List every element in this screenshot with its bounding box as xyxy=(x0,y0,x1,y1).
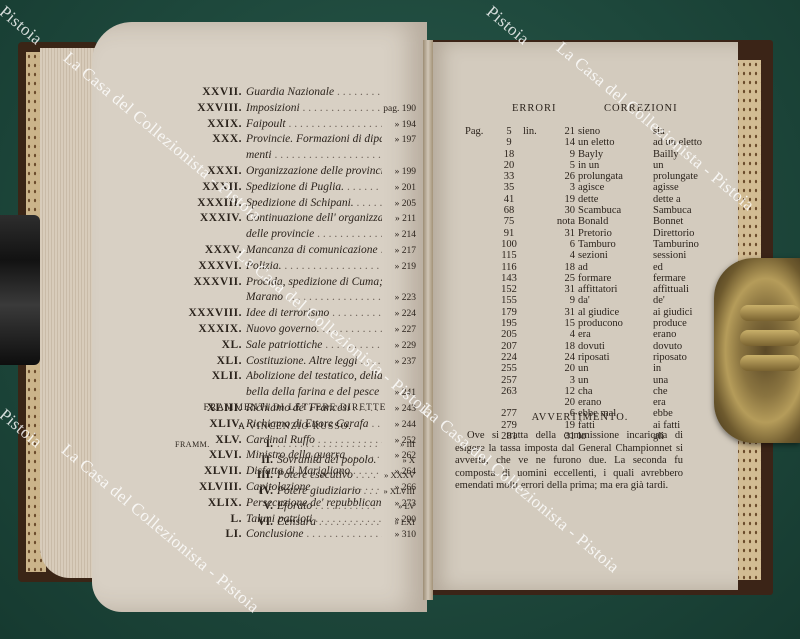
errata-correction: sessioni xyxy=(653,250,753,261)
errata-error-cell: notaBonald xyxy=(553,216,653,227)
errata-row: 9131PretorioDirettorio xyxy=(465,228,753,239)
fragments-heading: FRAMMENTI DI LETTERE DIRETTE xyxy=(170,403,420,413)
errata-line: 9 xyxy=(553,295,578,306)
chapter-page: » 214 xyxy=(382,230,416,240)
fragment-title: Potere esecutivo xyxy=(277,469,379,481)
page-block-edge xyxy=(40,48,100,578)
errata-page: 255 xyxy=(495,363,523,374)
errata-correction: produce xyxy=(653,318,753,329)
errata-prefix xyxy=(465,171,495,182)
errata-page: 263 xyxy=(495,386,523,397)
errata-row: 17931al giudiceai giudici xyxy=(465,307,753,318)
fragment-entry: V.Eforato» LV xyxy=(175,500,415,516)
errata-error-cell: 4sezioni xyxy=(553,250,653,261)
errata-line: 30 xyxy=(553,205,578,216)
errata-error-cell: 15producono xyxy=(553,318,653,329)
chapter-page: » 227 xyxy=(382,325,416,335)
chapter-title: Continuazione dell' organizzazione xyxy=(246,212,382,224)
errata-error-cell: 5in un xyxy=(553,160,653,171)
errata-prefix xyxy=(465,194,495,205)
errata-page: 91 xyxy=(495,228,523,239)
errata-prefix: Pag. xyxy=(465,126,495,137)
errata-lin-label xyxy=(523,352,553,363)
errata-page: 155 xyxy=(495,295,523,306)
errata-error-cell: 3agisce xyxy=(553,182,653,193)
errata-error-cell: 12cha xyxy=(553,386,653,397)
chapter-title: Mancanza di comunicazione xyxy=(246,244,382,256)
errata-row: 11618aded xyxy=(465,262,753,273)
toc-entry: XXVIII.Imposizionipag. 190 xyxy=(150,102,416,118)
errata-error: producono xyxy=(578,318,623,329)
errata-lin-label xyxy=(523,363,553,374)
errata-error: dovuti xyxy=(578,341,605,352)
errata-lin-label xyxy=(523,397,553,408)
errata-page: 35 xyxy=(495,182,523,193)
toc-entry: delle provincie» 214 xyxy=(150,228,416,244)
errata-error-cell: 3un xyxy=(553,375,653,386)
errata-line: 31 xyxy=(553,307,578,318)
errata-error: un eletto xyxy=(578,137,614,148)
errata-lin-label xyxy=(523,205,553,216)
chapter-page: » 217 xyxy=(382,246,416,256)
errata-error-cell: 6Tamburo xyxy=(553,239,653,250)
errata-lin-label xyxy=(523,137,553,148)
errata-error-cell: 20erano xyxy=(553,397,653,408)
chapter-title: Spedizione di Puglia. xyxy=(246,181,382,193)
errata-page: 224 xyxy=(495,352,523,363)
errata-error-cell: 24riposati xyxy=(553,352,653,363)
errata-lin-label xyxy=(523,194,553,205)
chapter-page: » 194 xyxy=(382,120,416,130)
fragment-page: » X xyxy=(379,455,415,465)
errata-lin-label xyxy=(523,307,553,318)
errata-error: Bonald xyxy=(578,216,608,227)
fragment-entry: II.Sovranità del popolo.» X xyxy=(175,454,415,470)
fragments-list: FRAMM.I.» IIIII.Sovranità del popolo.» X… xyxy=(175,438,415,531)
errata-line: 24 xyxy=(553,352,578,363)
errata-error: erano xyxy=(578,397,601,408)
errata-error-cell: 18ad xyxy=(553,262,653,273)
errata-correction: de' xyxy=(653,295,753,306)
errata-correction: che xyxy=(653,386,753,397)
errata-prefix xyxy=(465,160,495,171)
errata-error: un xyxy=(578,375,589,386)
errata-error: dette xyxy=(578,194,598,205)
toc-entry: XXXVIII.Idee di terrorismo» 224 xyxy=(150,307,416,323)
errata-error-cell: 19dette xyxy=(553,194,653,205)
book-gutter xyxy=(423,40,433,600)
errata-error: sezioni xyxy=(578,250,608,261)
toc-entry: XL.Sale patriottiche» 229 xyxy=(150,339,416,355)
errata-line: 31 xyxy=(553,284,578,295)
errata-row: 15231affittatoriaffittuali xyxy=(465,284,753,295)
errata-page: 143 xyxy=(495,273,523,284)
errata-lin-label xyxy=(523,171,553,182)
errata-row: 2054eraerano xyxy=(465,329,753,340)
errata-error-cell: 26prolungata xyxy=(553,171,653,182)
errata-row: Pag.5lin.21sienosia xyxy=(465,126,753,137)
errata-line: 9 xyxy=(553,149,578,160)
chapter-title: Spedizione di Schipani. xyxy=(246,197,382,209)
errata-page: 5 xyxy=(495,126,523,137)
errata-prefix xyxy=(465,375,495,386)
chapter-number: XLI. xyxy=(150,355,246,367)
errata-error: affittatori xyxy=(578,284,617,295)
errata-correction: Tamburino xyxy=(653,239,753,250)
fragment-page: » LXI xyxy=(379,517,415,527)
fragment-title: Potere giudiziario xyxy=(277,485,379,497)
errata-error: ad xyxy=(578,262,588,273)
chapter-title: menti xyxy=(246,149,382,161)
errata-row: 6830ScambucaSambuca xyxy=(465,205,753,216)
fragment-number: III. xyxy=(213,469,277,481)
errata-line: 20 xyxy=(553,363,578,374)
errata-correction: fermare xyxy=(653,273,753,284)
errata-error: prolungata xyxy=(578,171,623,182)
chapter-page: » 310 xyxy=(382,530,416,540)
errata-line: 25 xyxy=(553,273,578,284)
errata-page: 75 xyxy=(495,216,523,227)
errata-line: 4 xyxy=(553,250,578,261)
fragment-page: » LV xyxy=(379,501,415,511)
errata-page xyxy=(495,397,523,408)
errata-prefix xyxy=(465,228,495,239)
fragments-subheading: A VINCENZIO RUSSO. xyxy=(170,422,420,432)
toc-entry: XXXII.Spedizione di Puglia.» 201 xyxy=(150,181,416,197)
chapter-title: Guardia Nazionale xyxy=(246,86,382,98)
errata-correction: era xyxy=(653,397,753,408)
errata-prefix xyxy=(465,284,495,295)
errata-prefix xyxy=(465,352,495,363)
errata-prefix xyxy=(465,397,495,408)
chapter-number: XXVII. xyxy=(150,86,246,98)
errata-page: 115 xyxy=(495,250,523,261)
toc-entry: XXIX.Faipoult» 194 xyxy=(150,118,416,134)
errata-lin-label xyxy=(523,182,553,193)
errata-correction: Bonnet xyxy=(653,216,753,227)
errata-prefix xyxy=(465,137,495,148)
chapter-number: XXXIV. xyxy=(150,212,246,224)
fragment-title: Censura xyxy=(277,516,379,528)
errata-error: al giudice xyxy=(578,307,619,318)
errata-error-cell: 4era xyxy=(553,329,653,340)
errata-correction: ed xyxy=(653,262,753,273)
errata-error-cell: 31Pretorio xyxy=(553,228,653,239)
errata-error-cell: 25formare xyxy=(553,273,653,284)
clamp-left-icon xyxy=(0,215,40,365)
errata-prefix xyxy=(465,250,495,261)
chapter-number: XXXVIII. xyxy=(150,307,246,319)
fragment-entry: VI.Censura» LXI xyxy=(175,516,415,532)
chapter-title: Abolizione del testatico, della ga- xyxy=(246,370,382,382)
errata-lin-label xyxy=(523,239,553,250)
fragment-number: VI. xyxy=(213,516,277,528)
errata-row: 75notaBonaldBonnet xyxy=(465,216,753,227)
errata-lin-label xyxy=(523,273,553,284)
fragment-title: Sovranità del popolo. xyxy=(277,454,379,466)
fragment-number: I. xyxy=(213,438,277,450)
errata-prefix xyxy=(465,182,495,193)
errata-page: 20 xyxy=(495,160,523,171)
errata-line: 12 xyxy=(553,386,578,397)
errata-prefix xyxy=(465,386,495,397)
errata-lin-label xyxy=(523,160,553,171)
errata-prefix xyxy=(465,149,495,160)
fragment-title: Eforato xyxy=(277,500,379,512)
chapter-number: XXVIII. xyxy=(150,102,246,114)
errata-line: 3 xyxy=(553,375,578,386)
errata-lin-label: lin. xyxy=(523,126,553,137)
errata-page: 207 xyxy=(495,341,523,352)
errata-correction: riposato xyxy=(653,352,753,363)
errata-correction: dovuto xyxy=(653,341,753,352)
errata-line: 5 xyxy=(553,160,578,171)
errata-error-cell: 31al giudice xyxy=(553,307,653,318)
errata-error: Bayly xyxy=(578,149,603,160)
errata-prefix xyxy=(465,216,495,227)
errata-error-cell: 30Scambuca xyxy=(553,205,653,216)
errata-prefix xyxy=(465,205,495,216)
fragment-entry: III.Potere esecutivo» XXXV xyxy=(175,469,415,485)
errata-prefix xyxy=(465,273,495,284)
chapter-page: » 197 xyxy=(382,135,416,145)
toc-entry: XXXIV.Continuazione dell' organizzazione… xyxy=(150,212,416,228)
errata-line: 6 xyxy=(553,239,578,250)
chapter-number: XXXV. xyxy=(150,244,246,256)
toc-entry: XXXVI.Polizia.» 219 xyxy=(150,260,416,276)
errata-error: cha xyxy=(578,386,593,397)
errata-error: formare xyxy=(578,273,611,284)
chapter-page: » 229 xyxy=(382,341,416,351)
errata-error: sieno xyxy=(578,126,600,137)
errata-correction: Direttorio xyxy=(653,228,753,239)
errata-prefix xyxy=(465,341,495,352)
chapter-number: XXXIX. xyxy=(150,323,246,335)
errata-correction: una xyxy=(653,375,753,386)
chapter-page: » 219 xyxy=(382,262,416,272)
fragment-page: » XXXV xyxy=(379,470,415,480)
errata-line: 15 xyxy=(553,318,578,329)
fragment-entry: FRAMM.I.» III xyxy=(175,438,415,454)
chapter-title: Faipoult xyxy=(246,118,382,130)
chapter-title: Marano xyxy=(246,291,382,303)
fragment-entry: IV.Potere giudiziario» XLVIII xyxy=(175,485,415,501)
errata-lin-label xyxy=(523,149,553,160)
chapter-number: XXXVII. xyxy=(150,276,246,288)
chapter-page: » 223 xyxy=(382,293,416,303)
toc-entry: XXXIII.Spedizione di Schipani.» 205 xyxy=(150,197,416,213)
errata-lin-label xyxy=(523,329,553,340)
errata-lin-label xyxy=(523,250,553,261)
chapter-page: pag. 190 xyxy=(382,104,416,114)
fragment-number: V. xyxy=(213,500,277,512)
chapter-title: delle provincie xyxy=(246,228,382,240)
errata-row: 914un elettoad un eletto xyxy=(465,137,753,148)
errata-error-cell: 18dovuti xyxy=(553,341,653,352)
fragment-number: IV. xyxy=(213,485,277,497)
chapter-title: bella della farina e del pesce xyxy=(246,386,382,398)
errata-lin-label xyxy=(523,228,553,239)
notice-title: AVVERTIMENTO. xyxy=(440,412,720,423)
errata-page: 9 xyxy=(495,137,523,148)
errata-line: 14 xyxy=(553,137,578,148)
errata-prefix xyxy=(465,307,495,318)
errata-prefix xyxy=(465,239,495,250)
errata-correction: ai giudici xyxy=(653,307,753,318)
errata-line: 19 xyxy=(553,194,578,205)
errata-error: riposati xyxy=(578,352,610,363)
errata-page: 41 xyxy=(495,194,523,205)
errata-line: 31 xyxy=(553,228,578,239)
fragment-page: » XLVIII xyxy=(379,486,415,496)
errata-line: nota xyxy=(553,216,578,227)
errata-row: 1559da'de' xyxy=(465,295,753,306)
toc-entry: XXXV.Mancanza di comunicazione» 217 xyxy=(150,244,416,260)
errata-lin-label xyxy=(523,216,553,227)
errata-error-cell: 14un eletto xyxy=(553,137,653,148)
errata-error: da' xyxy=(578,295,590,306)
chapter-page: » 205 xyxy=(382,199,416,209)
errata-row: 4119dettedette a xyxy=(465,194,753,205)
errata-error-cell: 9Bayly xyxy=(553,149,653,160)
chapter-number: XL. xyxy=(150,339,246,351)
errata-line: 26 xyxy=(553,171,578,182)
errata-error-cell: 31affittatori xyxy=(553,284,653,295)
fragment-title xyxy=(277,438,379,450)
errata-error: Scambuca xyxy=(578,205,621,216)
errata-page: 33 xyxy=(495,171,523,182)
errata-prefix xyxy=(465,363,495,374)
chapter-title: Organizzazione delle provincie xyxy=(246,165,382,177)
errata-correction: erano xyxy=(653,329,753,340)
chapter-page: » 224 xyxy=(382,309,416,319)
errata-row: 19515produconoproduce xyxy=(465,318,753,329)
errata-error: in un xyxy=(578,160,599,171)
errata-error: Tamburo xyxy=(578,239,616,250)
errata-page: 152 xyxy=(495,284,523,295)
chapter-number: XXXVI. xyxy=(150,260,246,272)
errata-page: 195 xyxy=(495,318,523,329)
errata-page: 179 xyxy=(495,307,523,318)
errata-page: 205 xyxy=(495,329,523,340)
chapter-title: Provincie. Formazioni di diparti- xyxy=(246,133,382,145)
errata-page: 116 xyxy=(495,262,523,273)
errata-line: 18 xyxy=(553,341,578,352)
errata-line: 21 xyxy=(553,126,578,137)
errata-lin-label xyxy=(523,341,553,352)
toc-entry: XXXIX.Nuovo governo.» 227 xyxy=(150,323,416,339)
chapter-page: » 211 xyxy=(382,214,416,224)
errata-line: 4 xyxy=(553,329,578,340)
errata-error: agisce xyxy=(578,182,604,193)
errata-row: 1154sezionisessioni xyxy=(465,250,753,261)
errata-row: 1006TamburoTamburino xyxy=(465,239,753,250)
errata-correction: affittuali xyxy=(653,284,753,295)
errata-error-cell: 9da' xyxy=(553,295,653,306)
chapter-title: Imposizioni xyxy=(246,102,382,114)
errata-lin-label xyxy=(523,318,553,329)
chapter-page: » 201 xyxy=(382,183,416,193)
errata-error-cell: 20un xyxy=(553,363,653,374)
errata-row: 2573ununa xyxy=(465,375,753,386)
errata-line: 3 xyxy=(553,182,578,193)
errata-lin-label xyxy=(523,375,553,386)
errata-correction: in xyxy=(653,363,753,374)
fragment-page: » III xyxy=(379,439,415,449)
errata-page: 68 xyxy=(495,205,523,216)
errata-row: 20718dovutidovuto xyxy=(465,341,753,352)
toc-entry: XXVII.Guardia Nazionale xyxy=(150,86,416,102)
fragment-label: FRAMM. xyxy=(175,440,213,449)
errata-page: 100 xyxy=(495,239,523,250)
errata-header-errors: ERRORI xyxy=(512,103,557,114)
errata-error-cell: 21sieno xyxy=(553,126,653,137)
errata-lin-label xyxy=(523,386,553,397)
errata-prefix xyxy=(465,329,495,340)
errata-line: 18 xyxy=(553,262,578,273)
fragment-number: II. xyxy=(213,454,277,466)
errata-page: 257 xyxy=(495,375,523,386)
errata-error: era xyxy=(578,329,591,340)
errata-row: 22424riposatiriposato xyxy=(465,352,753,363)
chapter-number: XLII. xyxy=(150,370,246,382)
errata-lin-label xyxy=(523,262,553,273)
errata-prefix xyxy=(465,295,495,306)
errata-row: 189BaylyBailly xyxy=(465,149,753,160)
chapter-page: » 199 xyxy=(382,167,416,177)
errata-lin-label xyxy=(523,284,553,295)
errata-row: 26312chache xyxy=(465,386,753,397)
errata-row: 20eranoera xyxy=(465,397,753,408)
errata-error: un xyxy=(578,363,589,374)
errata-lin-label xyxy=(523,295,553,306)
errata-prefix xyxy=(465,262,495,273)
toc-entry: bella della farina e del pesce» 241 xyxy=(150,386,416,402)
errata-error: Pretorio xyxy=(578,228,612,239)
errata-prefix xyxy=(465,318,495,329)
errata-row: 25520unin xyxy=(465,363,753,374)
errata-page: 18 xyxy=(495,149,523,160)
errata-line: 20 xyxy=(553,397,578,408)
errata-row: 14325formarefermare xyxy=(465,273,753,284)
